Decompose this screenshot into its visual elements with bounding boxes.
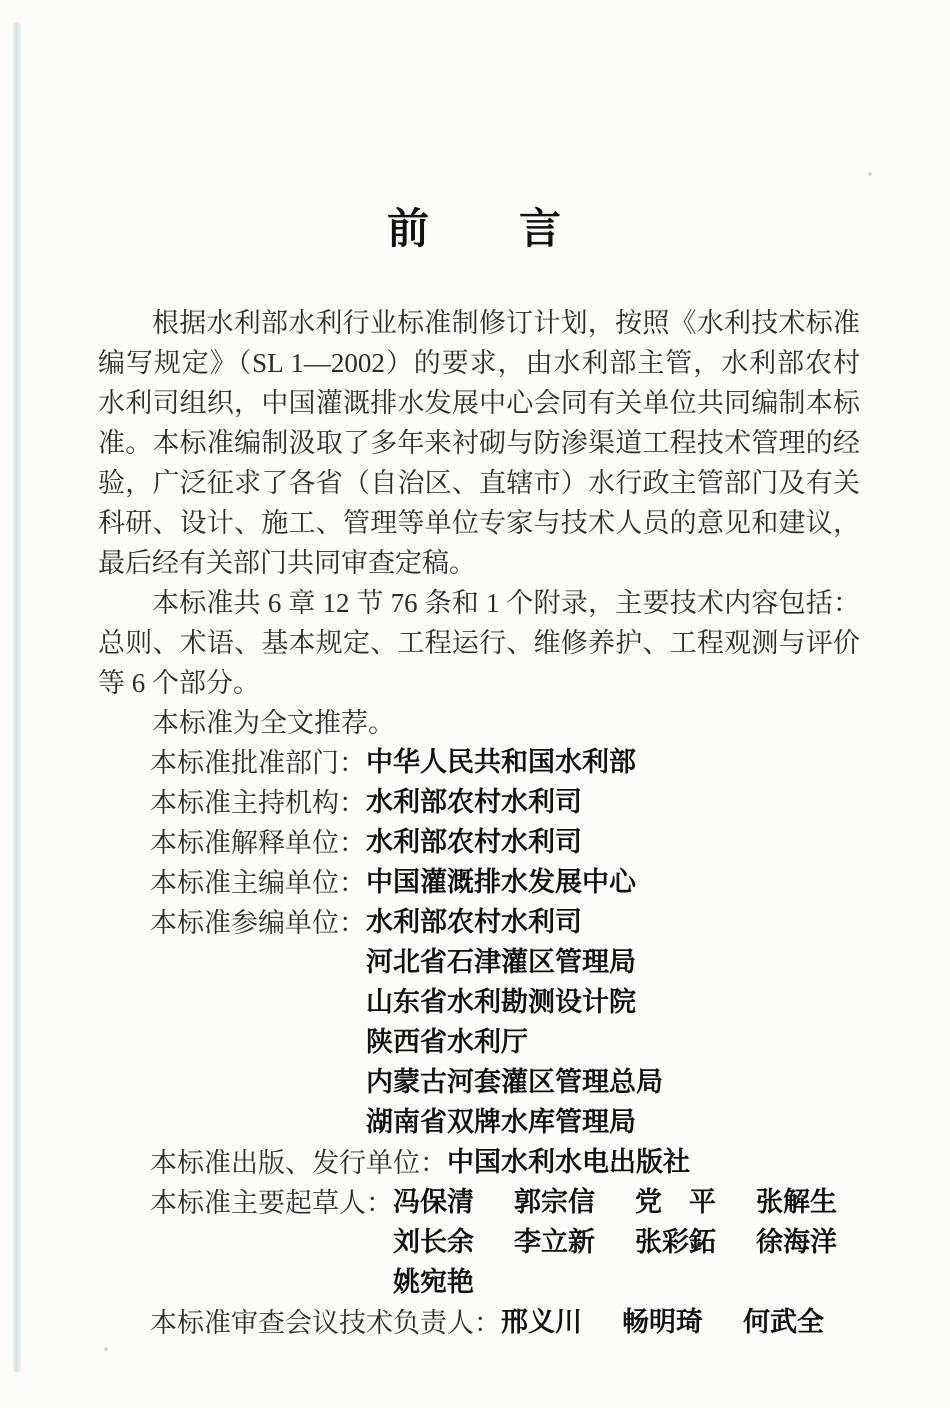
preface-paragraphs: 根据水利部水利行业标准制修订计划，按照《水利技术标准编写规定》（SL 1—200…: [98, 303, 860, 743]
info-row: 本标准主要起草人：冯保清郭宗信党 平张解生刘长余李立新张彩鉐徐海洋姚宛艳: [150, 1183, 860, 1303]
info-row-label: 本标准出版、发行单位：: [150, 1143, 447, 1183]
info-row-label: 本标准审查会议技术负责人：: [150, 1303, 501, 1343]
info-row-values: 水利部农村水利司: [366, 783, 582, 823]
info-value: 邢义川: [501, 1303, 582, 1343]
info-value-line: 邢义川畅明琦何武全: [501, 1303, 824, 1343]
info-value-line: 陕西省水利厅: [366, 1023, 663, 1063]
info-row-label: 本标准主要起草人：: [150, 1183, 393, 1223]
preface-paragraph: 本标准共 6 章 12 节 76 条和 1 个附录，主要技术内容包括：总则、术语…: [98, 583, 860, 703]
info-row-values: 中华人民共和国水利部: [366, 743, 636, 783]
preface-paragraph: 本标准为全文推荐。: [98, 703, 860, 743]
info-row-values: 邢义川畅明琦何武全: [501, 1303, 824, 1343]
info-value-line: 冯保清郭宗信党 平张解生: [393, 1183, 837, 1223]
info-value: 姚宛艳: [393, 1263, 474, 1303]
page-content: 根据水利部水利行业标准制修订计划，按照《水利技术标准编写规定》（SL 1—200…: [98, 303, 860, 1343]
info-value: 中国灌溉排水发展中心: [366, 863, 636, 903]
info-row-values: 冯保清郭宗信党 平张解生刘长余李立新张彩鉐徐海洋姚宛艳: [393, 1183, 837, 1303]
info-value-line: 中华人民共和国水利部: [366, 743, 636, 783]
info-value: 河北省石津灌区管理局: [366, 943, 636, 983]
info-value-line: 水利部农村水利司: [366, 903, 663, 943]
info-value: 山东省水利勘测设计院: [366, 983, 636, 1023]
info-value-line: 水利部农村水利司: [366, 783, 582, 823]
info-row-values: 中国水利水电出版社: [447, 1143, 690, 1183]
info-value-line: 湖南省双牌水库管理局: [366, 1103, 663, 1143]
page-title: 前 言: [0, 0, 950, 253]
info-value: 湖南省双牌水库管理局: [366, 1103, 636, 1143]
info-value: 何武全: [743, 1303, 824, 1343]
info-value: 畅明琦: [622, 1303, 703, 1343]
info-value: 陕西省水利厅: [366, 1023, 528, 1063]
info-value: 刘长余: [393, 1223, 474, 1263]
info-value: 冯保清: [393, 1183, 474, 1223]
info-value-line: 内蒙古河套灌区管理总局: [366, 1063, 663, 1103]
info-value-line: 河北省石津灌区管理局: [366, 943, 663, 983]
info-value: 徐海洋: [756, 1223, 837, 1263]
info-row-values: 水利部农村水利司: [366, 823, 582, 863]
info-value-line: 中国灌溉排水发展中心: [366, 863, 636, 903]
info-value: 张解生: [756, 1183, 837, 1223]
info-row-values: 水利部农村水利司河北省石津灌区管理局山东省水利勘测设计院陕西省水利厅内蒙古河套灌…: [366, 903, 663, 1143]
info-row: 本标准出版、发行单位：中国水利水电出版社: [150, 1143, 860, 1183]
preface-paragraph: 根据水利部水利行业标准制修订计划，按照《水利技术标准编写规定》（SL 1—200…: [98, 303, 860, 583]
info-value: 水利部农村水利司: [366, 823, 582, 863]
document-page: 前 言 根据水利部水利行业标准制修订计划，按照《水利技术标准编写规定》（SL 1…: [0, 0, 950, 1408]
info-value: 水利部农村水利司: [366, 783, 582, 823]
info-value: 张彩鉐: [635, 1223, 716, 1263]
info-row-label: 本标准主持机构：: [150, 783, 366, 823]
info-value: 中国水利水电出版社: [447, 1143, 690, 1183]
info-value-line: 水利部农村水利司: [366, 823, 582, 863]
info-row-label: 本标准主编单位：: [150, 863, 366, 903]
info-value: 中华人民共和国水利部: [366, 743, 636, 783]
info-value-line: 姚宛艳: [393, 1263, 837, 1303]
info-row-label: 本标准解释单位：: [150, 823, 366, 863]
info-value: 党 平: [635, 1183, 716, 1223]
info-row: 本标准主编单位：中国灌溉排水发展中心: [150, 863, 860, 903]
info-row: 本标准批准部门：中华人民共和国水利部: [150, 743, 860, 783]
info-value: 李立新: [514, 1223, 595, 1263]
info-value: 郭宗信: [514, 1183, 595, 1223]
info-value-line: 山东省水利勘测设计院: [366, 983, 663, 1023]
info-value-line: 刘长余李立新张彩鉐徐海洋: [393, 1223, 837, 1263]
scan-noise-dot: [868, 172, 872, 176]
info-value-line: 中国水利水电出版社: [447, 1143, 690, 1183]
info-value: 水利部农村水利司: [366, 903, 582, 943]
standard-info-list: 本标准批准部门：中华人民共和国水利部本标准主持机构：水利部农村水利司本标准解释单…: [150, 743, 860, 1343]
info-row-label: 本标准批准部门：: [150, 743, 366, 783]
info-row: 本标准解释单位：水利部农村水利司: [150, 823, 860, 863]
info-row: 本标准参编单位：水利部农村水利司河北省石津灌区管理局山东省水利勘测设计院陕西省水…: [150, 903, 860, 1143]
info-row: 本标准主持机构：水利部农村水利司: [150, 783, 860, 823]
scan-noise-dot: [104, 1347, 108, 1351]
info-row-label: 本标准参编单位：: [150, 903, 366, 943]
info-row: 本标准审查会议技术负责人：邢义川畅明琦何武全: [150, 1303, 860, 1343]
info-row-values: 中国灌溉排水发展中心: [366, 863, 636, 903]
scan-binding-edge: [13, 22, 21, 1372]
info-value: 内蒙古河套灌区管理总局: [366, 1063, 663, 1103]
